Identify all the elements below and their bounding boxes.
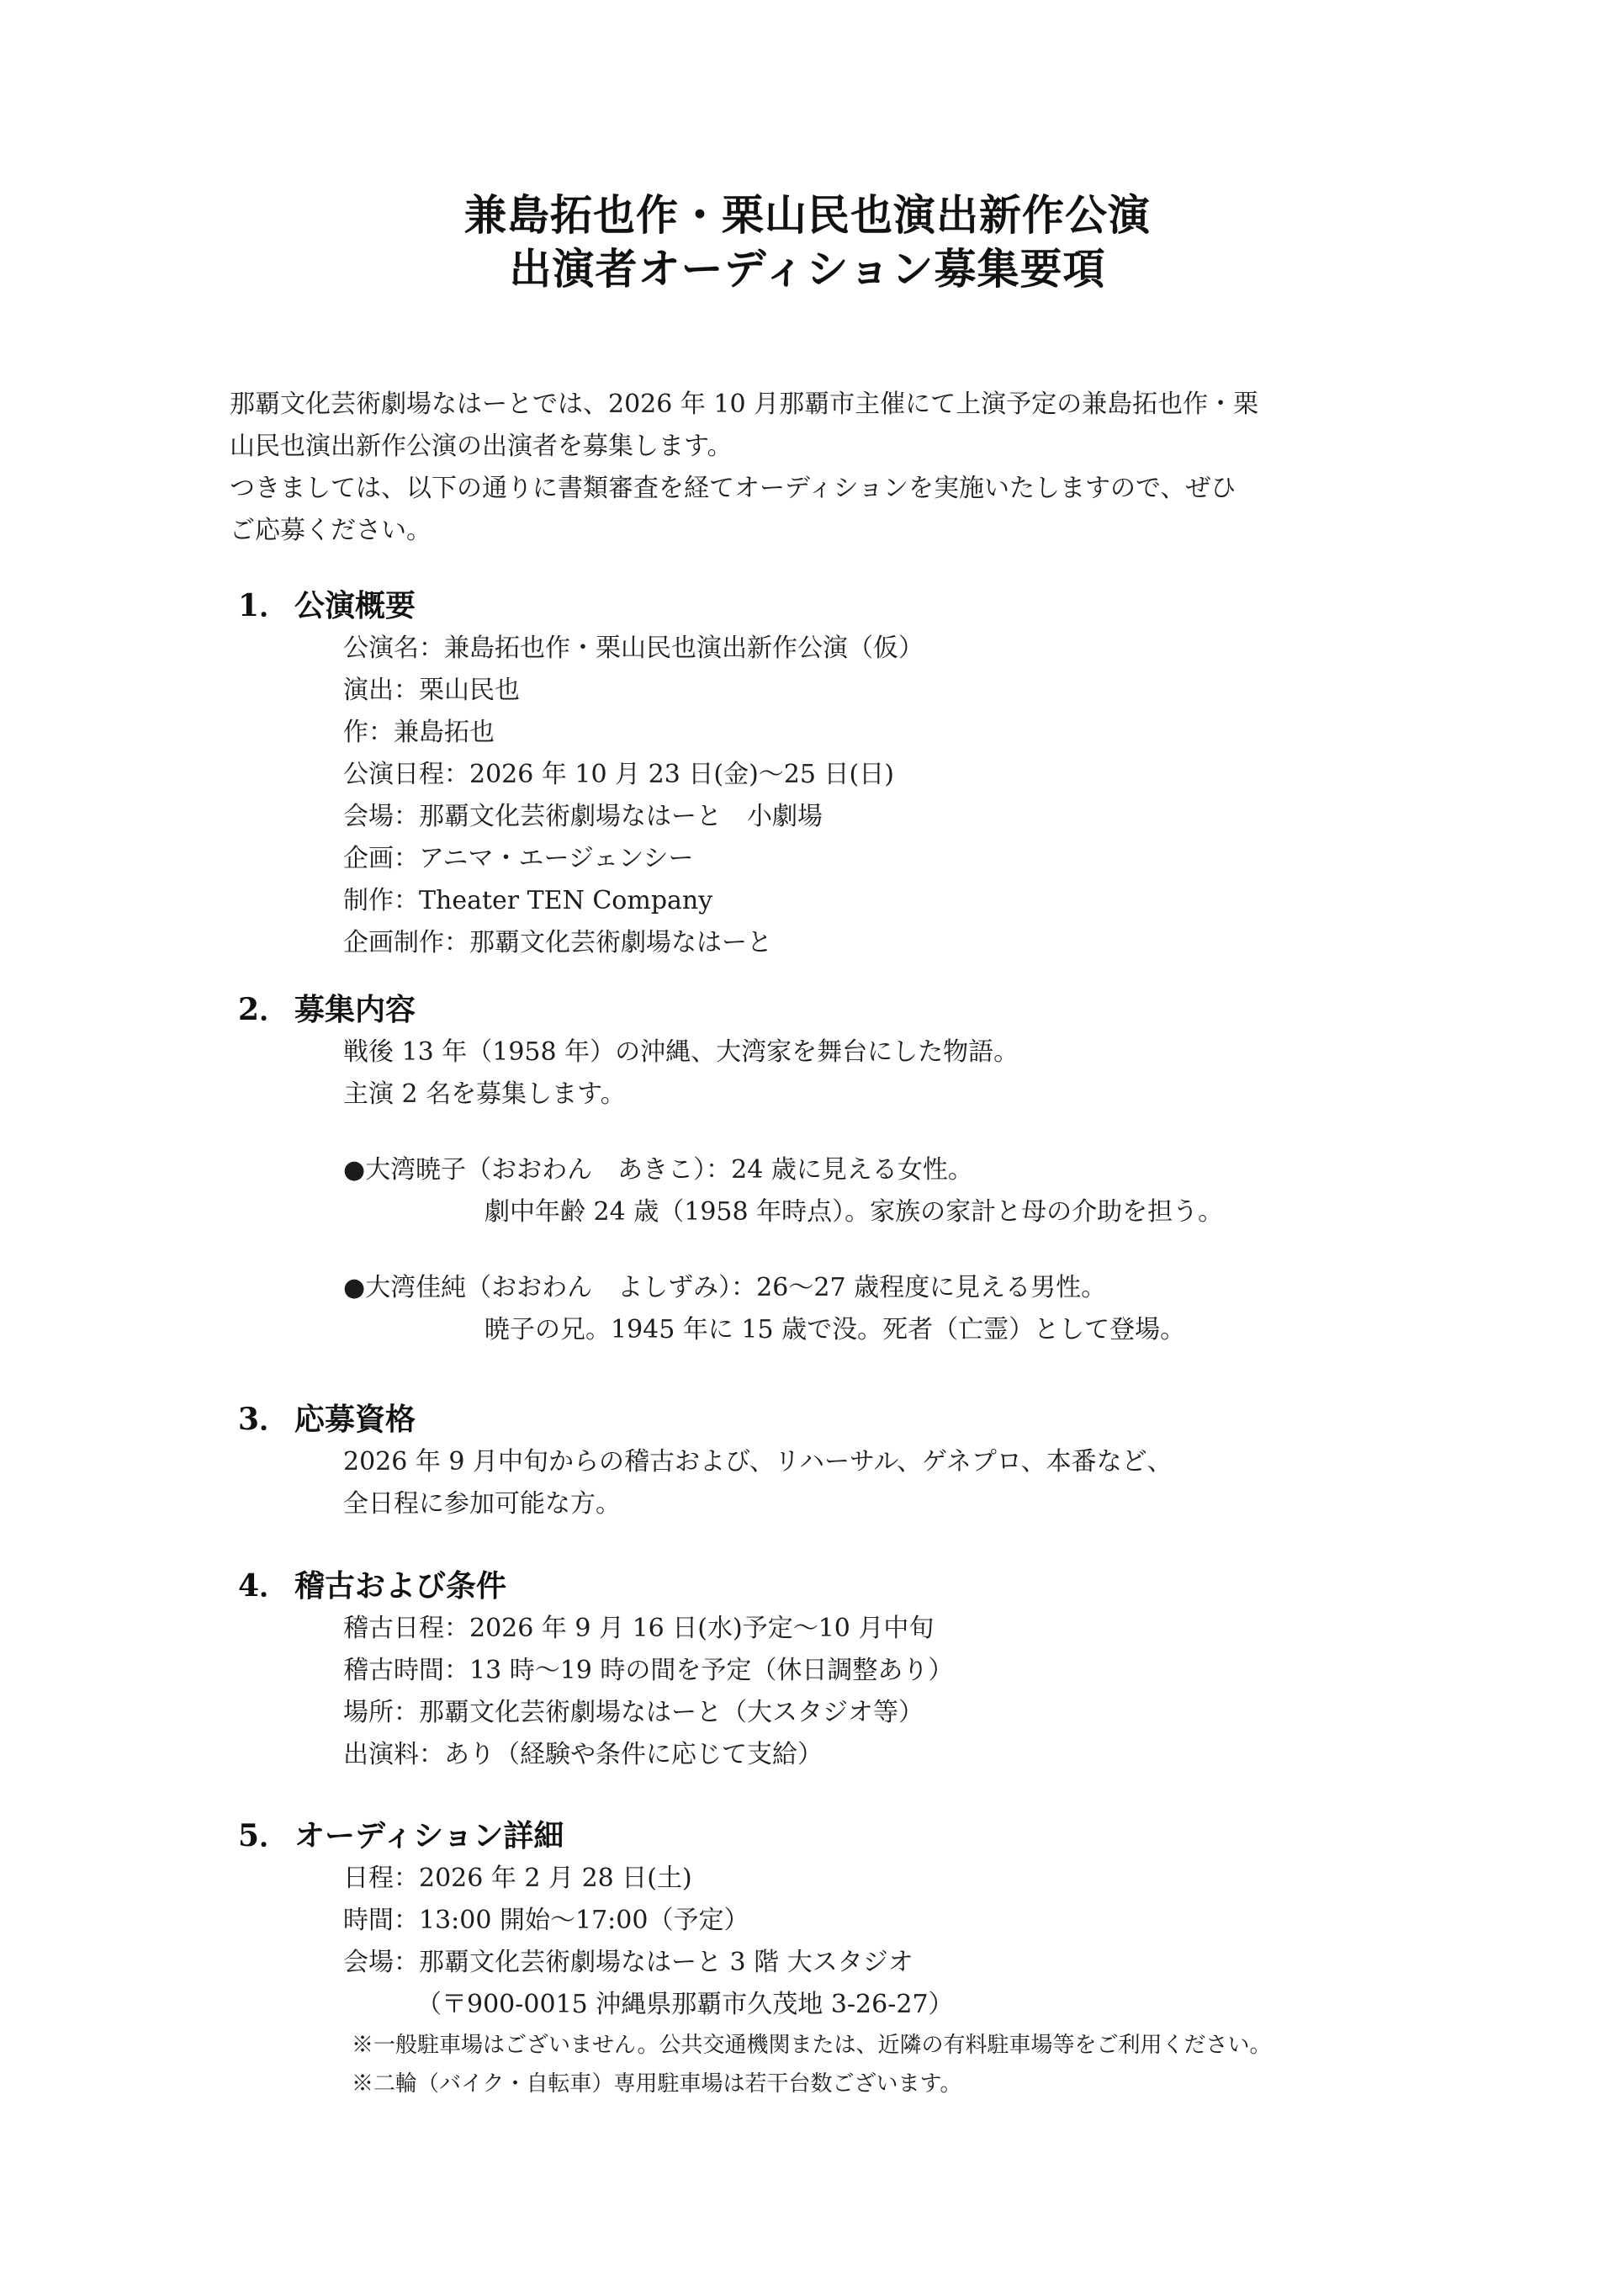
section-title: 応募資格: [294, 1402, 416, 1437]
role-name: 大湾佳純（おおわん よしずみ）：26～27 歳程度に見える男性。: [365, 1273, 1106, 1302]
document-title: 兼島拓也作・栗山民也演出新作公演 出演者オーディション募集要項: [0, 188, 1615, 296]
intro-line-1: 那覇文化芸術劇場なはーとでは、2026 年 10 月那覇市主催にて上演予定の兼島…: [230, 384, 1374, 426]
section-heading: 4．稽古および条件: [238, 1567, 506, 1604]
section-number: 2．: [238, 991, 294, 1028]
rehearsal-hours: 稽古時間：13 時～19 時の間を予定（休日調整あり）: [343, 1650, 953, 1692]
section-title: オーディション詳細: [294, 1818, 564, 1853]
section-body: 戦後 13 年（1958 年）の沖縄、大湾家を舞台にした物語。 主演 2 名を募…: [343, 1031, 1223, 1351]
bicycle-parking-note: ※二輪（バイク・自転車）専用駐車場は若干台数ございます。: [343, 2065, 1272, 2103]
section-title: 稽古および条件: [294, 1568, 506, 1604]
role-yoshizumi: ●大湾佳純（おおわん よしずみ）：26～27 歳程度に見える男性。: [343, 1267, 1223, 1309]
eligibility-line-1: 2026 年 9 月中旬からの稽古および、リハーサル、ゲネプロ、本番など、: [343, 1441, 1173, 1483]
section-heading: 5．オーディション詳細: [238, 1817, 564, 1854]
bullet-icon: ●: [343, 1273, 365, 1302]
performance-fee: 出演料：あり（経験や条件に応じて支給）: [343, 1734, 953, 1776]
section-number: 5．: [238, 1817, 294, 1854]
section-number: 1．: [238, 587, 294, 624]
info-line-planning-production: 企画制作：那覇文化芸術劇場なはーと: [343, 922, 924, 964]
section-heading: 1．公演概要: [238, 587, 416, 624]
section-body: 2026 年 9 月中旬からの稽古および、リハーサル、ゲネプロ、本番など、 全日…: [343, 1441, 1173, 1525]
info-line-planning: 企画：アニマ・エージェンシー: [343, 838, 924, 880]
section-number: 4．: [238, 1567, 294, 1604]
section-title: 公演概要: [294, 588, 416, 623]
section-body: 稽古日程：2026 年 9 月 16 日(水)予定～10 月中旬 稽古時間：13…: [343, 1608, 953, 1776]
rehearsal-location: 場所：那覇文化芸術劇場なはーと（大スタジオ等）: [343, 1692, 953, 1734]
parking-note: ※一般駐車場はございません。公共交通機関または、近隣の有料駐車場等をご利用くださ…: [343, 2026, 1272, 2065]
section-heading: 2．募集内容: [238, 991, 416, 1028]
recruit-count: 主演 2 名を募集します。: [343, 1074, 1223, 1116]
info-line-production: 制作：Theater TEN Company: [343, 880, 924, 922]
section-body: 公演名：兼島拓也作・栗山民也演出新作公演（仮） 演出：栗山民也 作：兼島拓也 公…: [343, 628, 924, 964]
info-line-schedule: 公演日程：2026 年 10 月 23 日(金)～25 日(日): [343, 754, 924, 796]
eligibility-line-2: 全日程に参加可能な方。: [343, 1483, 1173, 1525]
role-name: 大湾暁子（おおわん あきこ）：24 歳に見える女性。: [365, 1155, 973, 1185]
rehearsal-schedule: 稽古日程：2026 年 9 月 16 日(水)予定～10 月中旬: [343, 1608, 953, 1650]
audition-time: 時間：13:00 開始～17:00（予定）: [343, 1900, 1272, 1942]
section-heading: 3．応募資格: [238, 1401, 416, 1438]
venue-address: （〒900-0015 沖縄県那覇市久茂地 3-26-27）: [343, 1984, 1272, 2026]
audition-venue: 会場：那覇文化芸術劇場なはーと 3 階 大スタジオ: [343, 1942, 1272, 1984]
audition-date: 日程：2026 年 2 月 28 日(土): [343, 1858, 1272, 1900]
section-body: 日程：2026 年 2 月 28 日(土) 時間：13:00 開始～17:00（…: [343, 1858, 1272, 2103]
info-line-director: 演出：栗山民也: [343, 670, 924, 712]
intro-line-3: つきましては、以下の通りに書類審査を経てオーディションを実施いたしますので、ぜひ: [230, 468, 1374, 510]
story-summary: 戦後 13 年（1958 年）の沖縄、大湾家を舞台にした物語。: [343, 1031, 1223, 1074]
title-line-1: 兼島拓也作・栗山民也演出新作公演: [0, 188, 1615, 242]
role-detail: 暁子の兄。1945 年に 15 歳で没。死者（亡霊）として登場。: [343, 1309, 1223, 1351]
intro-line-4: ご応募ください。: [230, 510, 1374, 552]
role-akiko: ●大湾暁子（おおわん あきこ）：24 歳に見える女性。: [343, 1149, 1223, 1191]
section-number: 3．: [238, 1401, 294, 1438]
role-detail: 劇中年齢 24 歳（1958 年時点）。家族の家計と母の介助を担う。: [343, 1191, 1223, 1233]
intro-line-2: 山民也演出新作公演の出演者を募集します。: [230, 426, 1374, 468]
title-line-2: 出演者オーディション募集要項: [0, 242, 1615, 296]
info-line-venue: 会場：那覇文化芸術劇場なはーと 小劇場: [343, 796, 924, 838]
info-line-title: 公演名：兼島拓也作・栗山民也演出新作公演（仮）: [343, 628, 924, 670]
section-title: 募集内容: [294, 992, 416, 1027]
bullet-icon: ●: [343, 1155, 365, 1185]
info-line-writer: 作：兼島拓也: [343, 712, 924, 754]
document-page: 兼島拓也作・栗山民也演出新作公演 出演者オーディション募集要項 那覇文化芸術劇場…: [0, 0, 1615, 2296]
intro-paragraph: 那覇文化芸術劇場なはーとでは、2026 年 10 月那覇市主催にて上演予定の兼島…: [230, 384, 1374, 552]
